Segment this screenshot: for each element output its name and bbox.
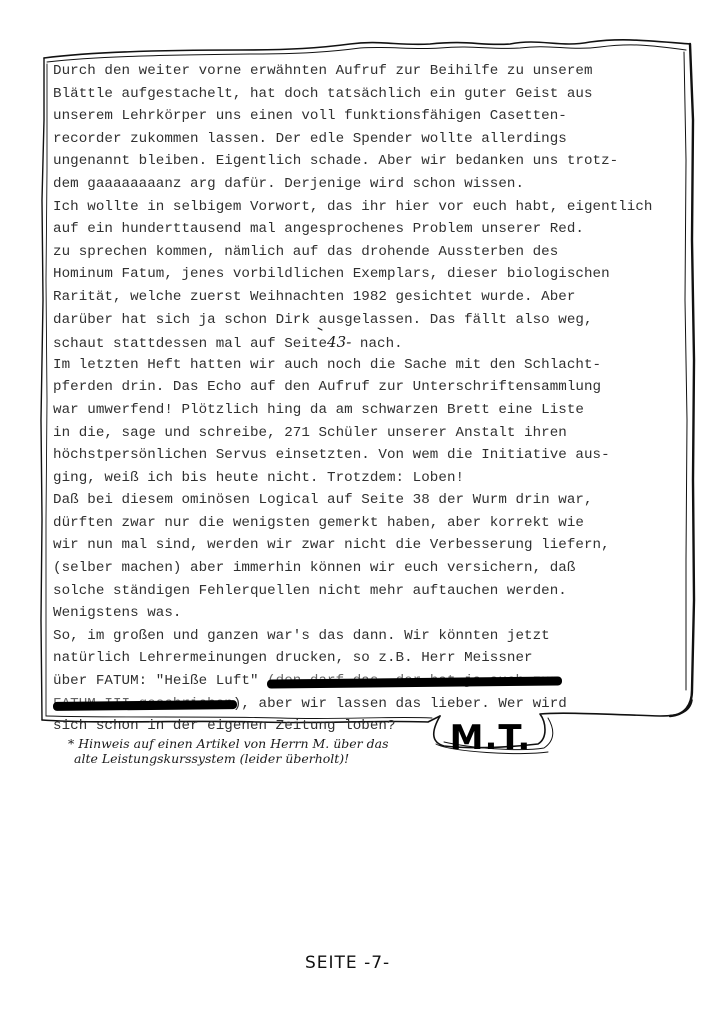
text-line: höchstpersönlichen Servus einsetzten. Vo… — [53, 444, 703, 467]
text-line: recorder zukommen lassen. Der edle Spend… — [53, 128, 703, 151]
redacted-text: (den darf das, der hat ja auch zur — [267, 673, 558, 689]
text-line: auf ein hunderttausend mal angesprochene… — [53, 218, 703, 241]
text-line: über FATUM: "Heiße Luft" (den darf das, … — [53, 670, 703, 693]
text-segment: nach. — [351, 336, 402, 352]
text-line: ungenannt bleiben. Eigentlich schade. Ab… — [53, 150, 703, 173]
text-line: war umwerfend! Plötzlich hing da am schw… — [53, 399, 703, 422]
text-line: wir nun mal sind, werden wir zwar nicht … — [53, 534, 703, 557]
footnote-line-2: alte Leistungskurssystem (leider überhol… — [68, 751, 389, 766]
text-line: Daß bei diesem ominösen Logical auf Seit… — [53, 489, 703, 512]
text-line: Rarität, welche zuerst Weihnachten 1982 … — [53, 286, 703, 309]
text-line: Blättle aufgestachelt, hat doch tatsächl… — [53, 83, 703, 106]
author-signature: M.T. — [438, 718, 543, 758]
typed-article: Durch den weiter vorne erwähnten Aufruf … — [53, 60, 703, 738]
text-line: Durch den weiter vorne erwähnten Aufruf … — [53, 60, 703, 83]
text-line: So, im großen und ganzen war's das dann.… — [53, 625, 703, 648]
text-line: solche ständigen Fehlerquellen nicht meh… — [53, 580, 703, 603]
text-line: Ich wollte in selbigem Vorwort, das ihr … — [53, 196, 703, 219]
text-line: pferden drin. Das Echo auf den Aufruf zu… — [53, 376, 703, 399]
text-line: unserem Lehrkörper uns einen voll funkti… — [53, 105, 703, 128]
text-line: schaut stattdessen mal auf Seite43- nach… — [53, 331, 703, 354]
text-line: (selber machen) aber immerhin können wir… — [53, 557, 703, 580]
text-line: darüber hat sich ja schon Dirk ausgelass… — [53, 309, 703, 332]
text-line: zu sprechen kommen, nämlich auf das droh… — [53, 241, 703, 264]
text-line: ging, weiß ich bis heute nicht. Trotzdem… — [53, 467, 703, 490]
text-segment: ), aber wir lassen das lieber. Wer wird — [233, 696, 567, 712]
text-line: dem gaaaaaaaanz arg dafür. Derjenige wir… — [53, 173, 703, 196]
text-line: Im letzten Heft hatten wir auch noch die… — [53, 354, 703, 377]
footnote-line-1: * Hinweis auf einen Artikel von Herrn M.… — [68, 736, 389, 751]
text-segment: schaut stattdessen mal auf Seite — [53, 336, 327, 352]
text-line: in die, sage und schreibe, 271 Schüler u… — [53, 422, 703, 445]
text-segment: über FATUM: "Heiße Luft" — [53, 673, 267, 689]
text-line: natürlich Lehrermeinungen drucken, so z.… — [53, 647, 703, 670]
footnote: * Hinweis auf einen Artikel von Herrn M.… — [68, 736, 389, 766]
text-line: dürften zwar nur die wenigsten gemerkt h… — [53, 512, 703, 535]
text-line: Hominum Fatum, jenes vorbildlichen Exemp… — [53, 263, 703, 286]
text-line: Wenigstens was. — [53, 602, 703, 625]
handwritten-page-reference: 43- — [327, 331, 351, 354]
redacted-text: FATUM III geschrieben — [53, 696, 233, 712]
page-number: SEITE -7- — [305, 953, 390, 973]
text-line: FATUM III geschrieben), aber wir lassen … — [53, 693, 703, 716]
text-line: sich schon in der eigenen Zeitung loben? — [53, 715, 703, 738]
